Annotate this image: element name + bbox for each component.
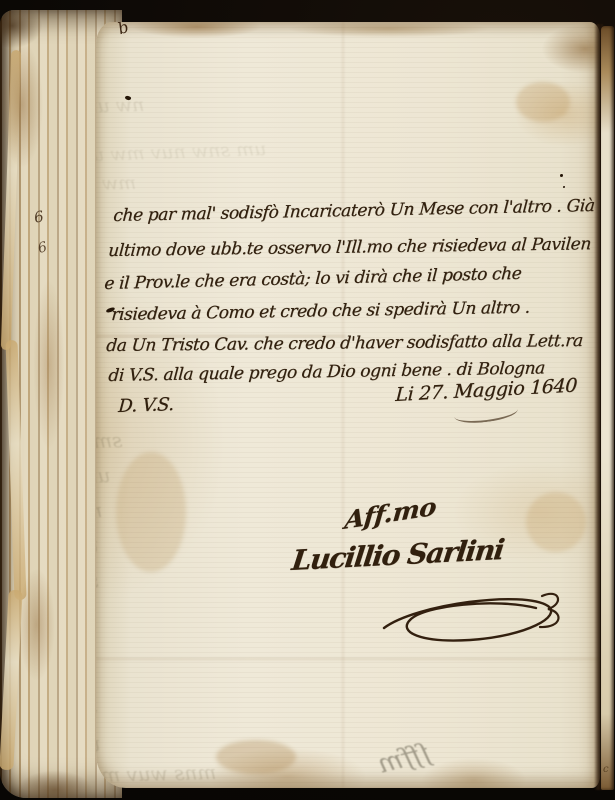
foxing-stain (526, 492, 586, 552)
dateline-swash (453, 400, 519, 426)
bleedthrough-line: wmn suv wmn svu wmn su (96, 702, 99, 734)
bleedthrough-line: um snw nuv mw unsm vnu (96, 138, 267, 169)
ink-speck (560, 174, 563, 177)
bleedthrough-line: mwn usv nmu wvs mnu wsv mnw uvs mnu wv (96, 498, 103, 533)
letter-closing: D. V.S. (118, 394, 175, 417)
foxing-stain (116, 452, 186, 572)
letter-line-5: da Un Tristo Cav. che credo d'haver sodi… (105, 331, 583, 356)
top-margin-pen-mark: b (115, 22, 131, 38)
bleedthrough-line: nw unv mwm snu vnw mi uwm snvw um (96, 94, 145, 126)
bleedthrough-line: mns wuv mns wu (96, 760, 217, 788)
signature-valediction: Aff.mo (343, 492, 437, 535)
torn-page-edge (0, 590, 23, 770)
letter-line-1: che par mal' sodisfò Incaricaterò Un Mes… (113, 196, 596, 226)
bleedthrough-line: uvm nsw vum nws uv (96, 732, 101, 764)
torn-page-edge (1, 50, 21, 350)
foxing-stain (216, 740, 296, 774)
bleedthrough-line: mw unvs muw nvm usw mnu vsm uw nm (96, 172, 136, 201)
bleedthrough-line: smw unv mwn usv nmw uvs mnw uvm snw um (96, 428, 123, 465)
vertical-fold-crease (342, 22, 344, 788)
bleedthrough-signature-blob: ſffm (375, 738, 433, 780)
next-page-edge: c (601, 26, 614, 790)
torn-page-edge (5, 340, 26, 600)
next-page-pen-mark: c (603, 764, 609, 775)
letter-line-2: ultimo dove ubb.te osservo l'Ill.mo che … (108, 234, 592, 261)
letter-line-4: risiedeva à Como et credo che si spedirà… (111, 298, 531, 325)
bleedthrough-line: nsw uvm nws uvm nsw uvm nw (96, 670, 97, 706)
bleedthrough-line: mws nuv wmn svu wmn suv wmn suv wm (96, 602, 97, 643)
signature-name: Lucillio Sarlini (290, 533, 505, 577)
ink-speck (563, 186, 565, 188)
manuscript-scan: nw unv mwm snu vnw mi uwm snvw um um snw… (0, 0, 615, 800)
signature-flourish (378, 574, 568, 654)
manuscript-page: nw unv mwm snu vnw mi uwm snvw um um snw… (96, 22, 600, 788)
foxing-stain (516, 82, 570, 122)
bleedthrough-line: uvm nsw vum nws vum nsw vumn swv u (96, 636, 97, 673)
letter-line-3: e il Prov.le che era costà; lo vi dirà c… (104, 264, 522, 294)
horizontal-fold-crease (96, 658, 600, 660)
bleedthrough-line: snw uvm nsw uvm nws uvm nsw uvmn sw (96, 568, 99, 604)
